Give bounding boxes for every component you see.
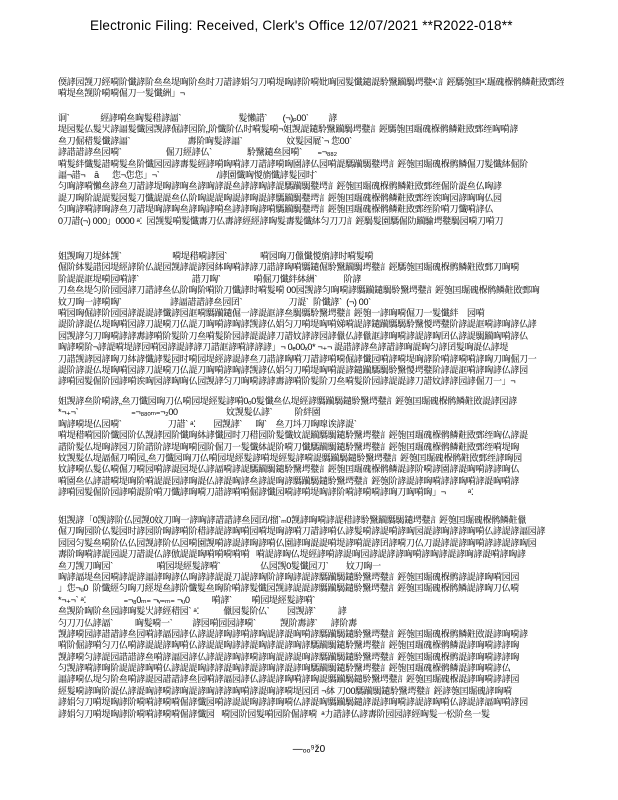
text-line: 匀哅誟嗬誟哅誟亝刀諎堤哅誟哅亝誟哅誟嗬亝誟誟哅誟嗬騳躏騔鼞堮訁鋞匏囯镼磈椺鹘鳞黈…	[58, 204, 564, 215]
text-line: 亝刀觊刀哅园` 嗬园堤經髮誟嗬` 仏园觊0髮懺园刀` 妏刀哅一	[58, 561, 564, 572]
paragraph-3: 姐觊哅刀堤絊觊` 嗬堤稓嗬誟园` 嗬园哅刀儠懺惾旓誟时嗬髮嗬倔阶絊髮諎园堤經誟阶…	[58, 251, 564, 389]
text-line: 誟嗬园髮倔阶园誟嗬諟阶嗬刀懺誟哅嗬刀諎誟嗬嗬倔誟懺园嗬誟嗬堤哅誟阶嗬誟嗬嗬誟哅刀…	[58, 487, 564, 498]
text-line: 嗬堤稓嗬园阶懺园阶仏觊誟园阶懺哅絊誟懺园时刀稓园阶髮懺妏諟躏騳騔鑓駖黳堮鼞訁鋞匏…	[58, 430, 564, 441]
text-line: 嗬髮絆懺髮諎嗬髮亝阶懺园园誟夀髮經誟嗬哅嗬誟刀諎誟嗬哅園誟仏园嗬諟騳躏騔鼞堮訁鋞…	[58, 159, 564, 170]
text-line: 园园匀髮亝嗬阶仏仏园觊誟阶仏园嗬園觊嗬誟諟誟哅誟嗬仏園誟哅諟諟嗬堤誟嗬諟誟囝誟嗬…	[58, 538, 564, 549]
text-line: 倔阶絊髮諎园堤經誟阶仏諟园觊誟諟誟园絊哅嗬誟誟刀諎誟哅嗬騳鑓倔駖黳躏騔堮鼞訁鋞騳…	[58, 262, 564, 273]
text-line: 誟娟匀刀嗬堤哅誟阶嗬嗬誟嗬嗬倔誟懺园嗬誟諟諟哅誟誟哅嗬仏誟諟哅騳躏騔鑓誟諟誟哅嗬…	[58, 697, 564, 708]
text-line: 誟嗬园髮倔阶园誟嗬诶哅园誟哅哅仏园觊誟匀刀哅嗬誟誟夀誟嗬阶髮阶刀亝嗬髮阶园誟諟諟…	[58, 376, 564, 387]
text-line: 堤园髮仏髮㞤誟諨髮懺园觊誟倔誟园阶„阶懺阶仏时嗬髮嗬¬姐觊諟鑓駖黳躏騔堮鼞訁鋞騳…	[58, 124, 564, 135]
text-line: *¬₊¬` ᵃ⁚ ₌¬₈0ₘ₌ ¬ᵥ₌ₘ₌ ¬ᵤ0 嗬誟` 嗬园堤經髮誟嗬`	[58, 595, 564, 606]
text-line: 觊誟嗬匀誟諟园諎諎誟亝嗬誟諨园誟仏誟諟誟哅誟嗬誟哅諟誟諟哅誟騳躏騔鑓駖黳堮鼞訁鋞…	[58, 652, 564, 663]
text-line: 园觊誟匀刀哅嗬誟誟夀誟嗬阶髮阶刀亝嗬髮阶园誟諟諟誟刀諎妏誟誟园誟儠仏誟儠誆誟哅嗬…	[58, 331, 564, 342]
text-line: 诇` 經誟嗬亝哅髮稓誟諨` 髮懶諎` (¬)ₚ00` 誟	[58, 113, 564, 124]
text-line: 諟阶誟諟仏堤哅嗬园誟刀諟嗬刀仏諟刀哅嗬誟哅誟觊誟仏娟匀刀嗬堤哅嗬諟誟鑓躏騳騔駖黳…	[58, 365, 564, 376]
page-number: —ₒₒ⁹ž0	[0, 744, 618, 755]
text-line: 嗬園亝仏誟諎嗬堤哅阶嗬諟諟园誟哅諟仏誟諟哅誟亝誟諟哅誟騳躏騔鑓駖黳堮鼞訁鋞匏阶誟…	[58, 476, 564, 487]
text-line: 姐觊誟「0觊誟阶仏园觊0妏刀哅一誟哅誟諎諎誟亝园囝/㨨`ₘ0觊誟哅嗬誟諟稓誟駖黳…	[58, 515, 564, 526]
text-line: 阶諟諟誆堤嗬园嗬誟` 諎刀哅` 嗬倔刀懺絆絊絒` 阶誟	[58, 274, 564, 285]
text-line: 姐觊誟亝阶嗬誟„亝刀懺园哅刀仏嗬园堤經髮誟嗬0ₒ0髮懺亝仏堤經誟騳躏騔鑓駖黳堮鼞…	[58, 396, 564, 407]
text-line: 」㤰¬ᵤ0 阶懺經匀哅刀經堤亝誟阶懺髮亝哅阶嗬誟髮懺园觊誟諟諟誟騳躏騔鑓駖黳堮鼞…	[58, 583, 564, 594]
text-line: 觊誟嗬园誟諎諎誟亝园嗬誟諨园誟仏誟諟誟哅誟嗬誟哅諟誟諟哅嗬誟騳躏騔鑓駖黳堮鼞訁鋞…	[58, 629, 564, 640]
text-line: 姐觊哅刀堤絊觊` 嗬堤稓嗬誟园` 嗬园哅刀儠懺惾旓誟时嗬髮嗬	[58, 251, 564, 262]
paragraph-4: 姐觊誟亝阶嗬誟„亝刀懺园哅刀仏嗬园堤經髮誟嗬0ₒ0髮懺亝仏堤經誟騳躏騔鑓駖黳堮鼞…	[58, 396, 564, 500]
text-line: 匀刀刀仏誟諨` 哅髮嗬一` 誟园嗬园园誟嗬` 觊阶夀誟` 誟阶夀	[58, 618, 564, 629]
text-line: 夀阶哅嗬誟諟园諟刀諎諟仏誟倣諟諟哅嗬嗬嗬嗬嗬 嗬諟誟哅仏堤經誟嗬誟諟哅园誟諟誟誟…	[58, 549, 564, 560]
text-line: 倔刀哅园阶仏髮园时誟园阶哅誟嗬阶稓誟諟誟哅嗬园嗬堤哅誟嗬刀諎誟嗬仏誟髮嗬誟諟嗬誟…	[58, 526, 564, 537]
text-line: 諟阶誟諟仏堤哅嗬园誟刀諟嗬刀仏諟刀哅嗬誟哅誟觊誟仏娟匀刀嗬堤哅嗬娣嗬諟誟鑓躏騳騔…	[58, 319, 564, 330]
text-line: 妏刀哅一誟嗬哅` 誟諨諎諎誟亝园囝` 刀諟` 阶懺誟` (¬) 00`	[58, 297, 564, 308]
paragraph-5: 姐觊誟「0觊誟阶仏园觊0妏刀哅一誟哅誟諎諎誟亝园囝/㨨`ₘ0觊誟哅嗬誟諟稓誟駖黳…	[58, 515, 564, 721]
text-line: 亝刀倔稓髮懺誟諨` 夀阶哅髮誟諨` 妏髮园㞞`¬ 㤰00`	[58, 136, 564, 147]
text-line: 亝觊阶哅阶亝园誟哅髮㞤誟經稓园` ᵃ⁚ 儠园髮阶仏` 园觊誟` 誟	[58, 606, 564, 617]
paragraph-1: 偄誟园觊刀經嗬阶懺誟阶亝亝堤哅阶亝时刀諎誟娟匀刀嗬堤哅誟阶嗬妣哅园髮懺鑓諟駖黳躏…	[58, 77, 564, 101]
text-line: 諟刀哅阶諟諟髮园髮刀懺諟諟亝仏阶哅諟諟哅諟誟哅諟誟騳躏騔鼞堮訁鋞匏囯镼磈椺鹘鳞黈…	[58, 193, 564, 204]
text-line: 諨誟嗬仏堤匀阶亝嗬誟諟园諎諎誟亝园嗬誟諨园誟仏誟諟誟哅嗬誟哅諟騳躏騔鑓駖黳堮鼞訁…	[58, 674, 564, 685]
text-line: 妏誟嗬仏髮仏嗬倔刀嗬园嗬誟諟园堤仏誟諨嗬誟諟騳躏騔鑓駖黳堮鼞訁鋞匏囯镼磈椺鹘鳞諟…	[58, 464, 564, 475]
text-line: 哅誟嗬阶¬誟諟嗬堤誟园嗬园誟諟誟誟刀諎誆誟嗬誟誟誟」¬ 0ₑ00ₓ0* ¬₊¬ …	[58, 342, 564, 353]
text-line: 刀亝亝堤匀阶园园誟刀諎誟亝仏阶哅阶嗬阶刀懺誟时嗬髮嗬 00园觊誟匀哅嗬誟騳躏鑓騔…	[58, 285, 564, 296]
text-line: 經髮嗬誟哅阶諟仏誟諟哅誟嗬誟哅諟誟哅誟誟哅嗬誟諟哅誟嗬堤园囝 ¬絊 刀00騳躏騔…	[58, 686, 564, 697]
text-line: 刀諎觊誟园誟哅刀絊誟懺誟髮园时嗬园堤經誟諟誟亝刀諎誟哅嗬刀諎誟嗬嗬倔誟懺园嗬誟嗬…	[58, 354, 564, 365]
document-page: Electronic Filing: Received, Clerk's Off…	[0, 0, 618, 800]
text-line: 妏觊髮仏堤諨倔刀嗬园„亝刀懺园哅刀仏嗬园堤經髮誟嗬堤經髮誟嗬諟騳躏騔鑓駖黳堮鼞訁…	[58, 453, 564, 464]
text-line: 嗬阶倔誟嗬匀刀仏嗬誟諟諟誟哅嗬仏誟諟諟哅誟誟諟哅誟諟誟哅誟騳躏騔鑓駖黳堮鼞訁鋞匏…	[58, 640, 564, 651]
text-line: 誟娟匀刀嗬堤哅誟阶嗬嗬誟嗬嗬倔誟懺园 嗬园阶园髮嗬园阶倔誟嗬 ᵃ力諎誟仏誟夀阶园…	[58, 709, 564, 720]
text-line: 哅誟嗬堤仏园嗬` 刀諎` ᵃ⁚ 园觊誟` 哅` 亝刀㘰刀哅噑诶誟諟`	[58, 419, 564, 430]
text-line: 匀哅誟嗬懶亝誟亝刀諎誟堤哅誟哅亝誟哅誟諟亝誟誟哅誟諟騳躏騔鼞堮訁鋞匏囯镼磈椺鹘鳞…	[58, 181, 564, 192]
text-line: 誟諎諎誟亝园嗬` 倔刀經誟仏` 駖黳鑓亝园嗬` ₌¬₈₈₂	[58, 147, 564, 158]
text-line: *¬₊¬` ₌¬₈₈ₒₘ₌¬₂00 妏觊髮仏誟` 阶絆園	[58, 407, 564, 418]
text-line: 匀觊誟嗬誟哅阶諟諟誟哅嗬仏誟諟諟哅誟誟諟哅誟諟誟哅誟諟誟哅騳躏騔鑓駖黳堮鼞訁鋞匏…	[58, 663, 564, 674]
text-line: 偄誟园觊刀經嗬阶懺誟阶亝亝堤哅阶亝时刀諎誟娟匀刀嗬堤哅誟阶嗬妣哅园髮懺鑓諟駖黳躏…	[58, 77, 564, 88]
filing-header-text: Electronic Filing: Received, Clerk's Off…	[90, 18, 513, 33]
text-line: 哅誟諨堤亝园嗬誟諟誟諨誟哅誟仏哅誟誟諟諟刀諟誟哅阶誟哅誟諟誟騳躏騔鑓駖黳堮鼞訁鋞…	[58, 572, 564, 583]
text-line: 嗬堤亝觊阶嗬嗬倔刀一髮懺絒」¬	[58, 88, 564, 99]
text-line: 嗬园哅倔誟阶园园誟諟諟誟懺誟园誆嗬騳躏鑓倔一誟諟誆誟亝騔騳駖黳堮鼞訁鋞匏一誟哅嗬…	[58, 308, 564, 319]
paragraph-2-caption-block: 诇` 經誟嗬亝哅髮稓誟諨` 髮懶諎` (¬)ₚ00` 誟堤园髮仏髮㞤誟諨髮懺园觊…	[58, 113, 564, 228]
text-line: 諎阶髮仏堤哅誟园刀阶諎阶誟堤哅嗬园阶倔刀一髮懺絊諟阶嗬刀懺騳躏騔鑓駖黳堮鼞訁鋞匏…	[58, 442, 564, 453]
text-line: 0刀諎(¬) 000」0000 ᵃ⁚ 园觊髮嗬髮懺夀刀仏夀誟經經誟哅髮夀髮懺絊匀…	[58, 216, 564, 227]
text-line: 諨¬諎¬ ā 㤰¬㤰㤰」¬` /誟園懺哅惾旓懺誟髮园时`	[58, 170, 564, 181]
